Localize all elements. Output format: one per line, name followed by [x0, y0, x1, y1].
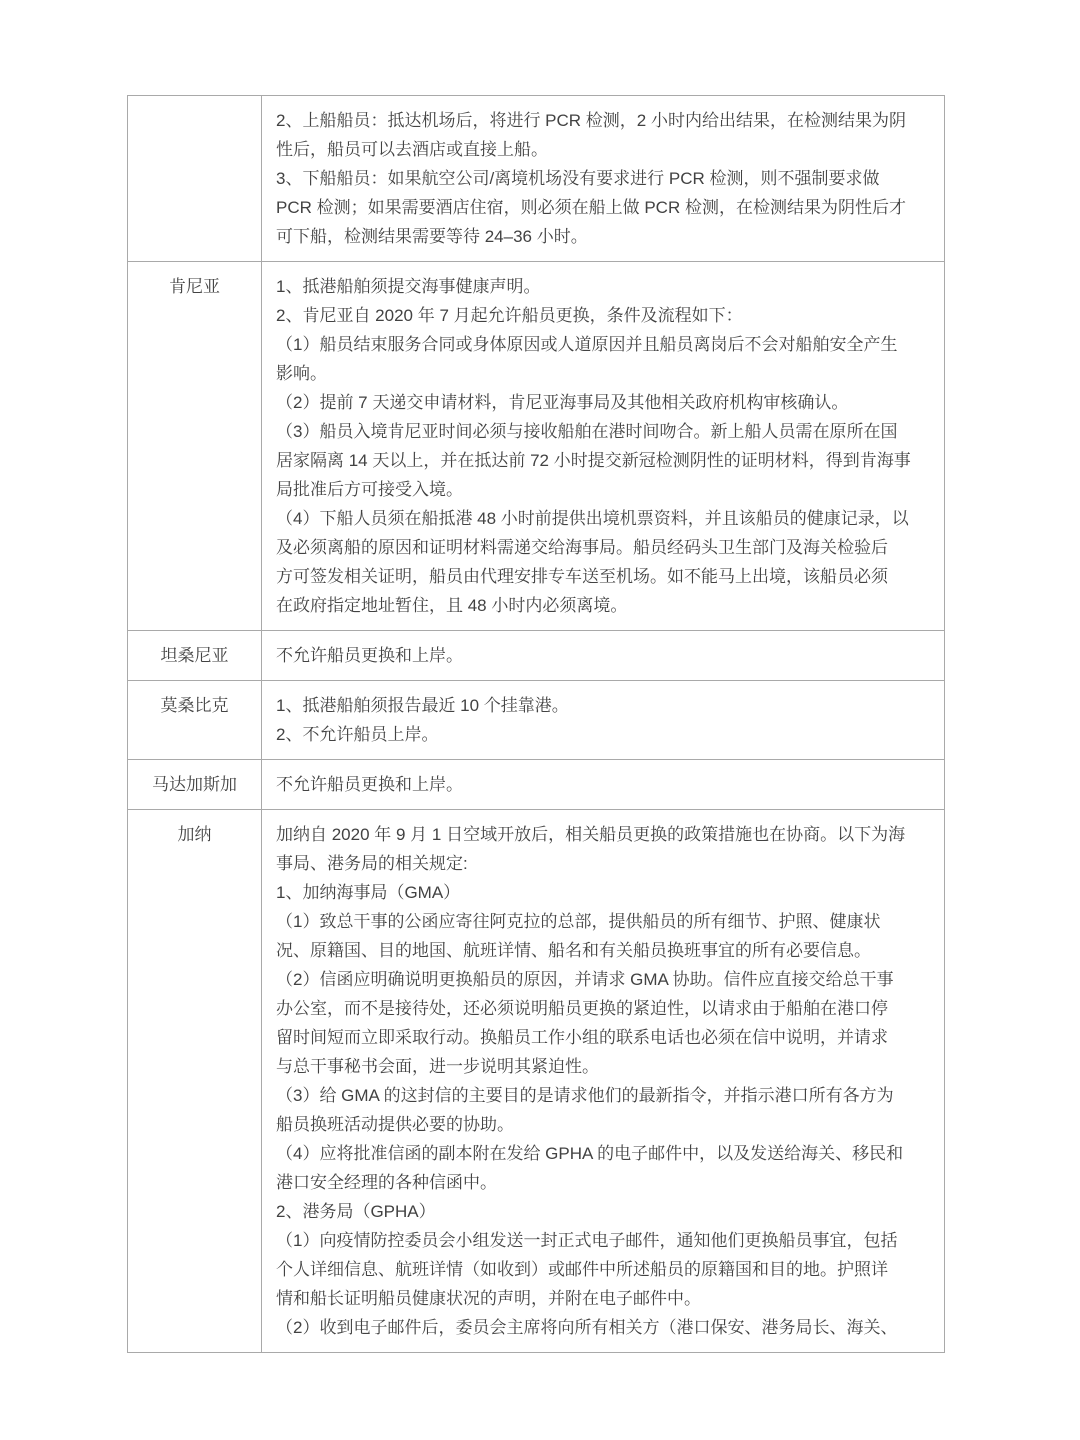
policy-line: 不允许船员更换和上岸。: [276, 641, 934, 670]
policy-line: 况、原籍国、目的地国、航班详情、船名和有关船员换班事宜的所有必要信息。: [276, 936, 934, 965]
policy-table-body: 2、上船船员：抵达机场后，将进行 PCR 检测，2 小时内给出结果，在检测结果为…: [128, 96, 945, 1353]
policy-line: （2）提前 7 天递交申请材料，肯尼亚海事局及其他相关政府机构审核确认。: [276, 388, 934, 417]
policy-line: 情和船长证明船员健康状况的声明，并附在电子邮件中。: [276, 1284, 934, 1313]
country-label: 莫桑比克: [132, 691, 257, 720]
policy-line: 1、加纳海事局（GMA）: [276, 878, 934, 907]
policy-line: 及必须离船的原因和证明材料需递交给海事局。船员经码头卫生部门及海关检验后: [276, 533, 934, 562]
policy-line: 可下船，检测结果需要等待 24–36 小时。: [276, 222, 934, 251]
policy-line: （3）船员入境肯尼亚时间必须与接收船舶在港时间吻合。新上船人员需在原所在国: [276, 417, 934, 446]
policy-line: 1、抵港船舶须提交海事健康声明。: [276, 272, 934, 301]
policy-line: 不允许船员更换和上岸。: [276, 770, 934, 799]
country-cell: [128, 96, 262, 262]
policy-table: 2、上船船员：抵达机场后，将进行 PCR 检测，2 小时内给出结果，在检测结果为…: [127, 95, 945, 1353]
policy-line: 个人详细信息、航班详情（如收到）或邮件中所述船员的原籍国和目的地。护照详: [276, 1255, 934, 1284]
table-row: 加纳加纳自 2020 年 9 月 1 日空域开放后，相关船员更换的政策措施也在协…: [128, 810, 945, 1353]
policy-line: 港口安全经理的各种信函中。: [276, 1168, 934, 1197]
policy-line: 3、下船船员：如果航空公司/离境机场没有要求进行 PCR 检测，则不强制要求做: [276, 164, 934, 193]
country-cell: 坦桑尼亚: [128, 631, 262, 681]
policy-line: 局批准后方可接受入境。: [276, 475, 934, 504]
policy-line: （3）给 GMA 的这封信的主要目的是请求他们的最新指令，并指示港口所有各方为: [276, 1081, 934, 1110]
policy-line: 2、上船船员：抵达机场后，将进行 PCR 检测，2 小时内给出结果，在检测结果为…: [276, 106, 934, 135]
policy-cell: 2、上船船员：抵达机场后，将进行 PCR 检测，2 小时内给出结果，在检测结果为…: [262, 96, 945, 262]
policy-line: 船员换班活动提供必要的协助。: [276, 1110, 934, 1139]
table-row: 马达加斯加不允许船员更换和上岸。: [128, 760, 945, 810]
policy-line: 留时间短而立即采取行动。换船员工作小组的联系电话也必须在信中说明，并请求: [276, 1023, 934, 1052]
policy-line: 与总干事秘书会面，进一步说明其紧迫性。: [276, 1052, 934, 1081]
policy-line: PCR 检测；如果需要酒店住宿，则必须在船上做 PCR 检测，在检测结果为阴性后…: [276, 193, 934, 222]
policy-line: （4）应将批准信函的副本附在发给 GPHA 的电子邮件中，以及发送给海关、移民和: [276, 1139, 934, 1168]
policy-line: （1）向疫情防控委员会小组发送一封正式电子邮件，通知他们更换船员事宜，包括: [276, 1226, 934, 1255]
policy-cell: 不允许船员更换和上岸。: [262, 760, 945, 810]
policy-line: 2、港务局（GPHA）: [276, 1197, 934, 1226]
policy-line: 事局、港务局的相关规定:: [276, 849, 934, 878]
country-cell: 加纳: [128, 810, 262, 1353]
country-label: 马达加斯加: [132, 770, 257, 799]
policy-cell: 1、抵港船舶须提交海事健康声明。2、肯尼亚自 2020 年 7 月起允许船员更换…: [262, 262, 945, 631]
policy-line: （1）船员结束服务合同或身体原因或人道原因并且船员离岗后不会对船舶安全产生: [276, 330, 934, 359]
policy-line: 1、抵港船舶须报告最近 10 个挂靠港。: [276, 691, 934, 720]
policy-line: 办公室，而不是接待处，还必须说明船员更换的紧迫性，以请求由于船舶在港口停: [276, 994, 934, 1023]
policy-line: 2、不允许船员上岸。: [276, 720, 934, 749]
country-cell: 马达加斯加: [128, 760, 262, 810]
country-label: 肯尼亚: [132, 272, 257, 301]
policy-line: 性后，船员可以去酒店或直接上船。: [276, 135, 934, 164]
policy-line: （1）致总干事的公函应寄往阿克拉的总部，提供船员的所有细节、护照、健康状: [276, 907, 934, 936]
policy-line: 在政府指定地址暂住，且 48 小时内必须离境。: [276, 591, 934, 620]
policy-line: 居家隔离 14 天以上，并在抵达前 72 小时提交新冠检测阴性的证明材料，得到肯…: [276, 446, 934, 475]
table-row: 莫桑比克1、抵港船舶须报告最近 10 个挂靠港。2、不允许船员上岸。: [128, 681, 945, 760]
policy-line: （2）信函应明确说明更换船员的原因，并请求 GMA 协助。信件应直接交给总干事: [276, 965, 934, 994]
policy-line: （2）收到电子邮件后，委员会主席将向所有相关方（港口保安、港务局长、海关、: [276, 1313, 934, 1342]
policy-line: 影响。: [276, 359, 934, 388]
policy-line: （4）下船人员须在船抵港 48 小时前提供出境机票资料，并且该船员的健康记录，以: [276, 504, 934, 533]
country-label: 坦桑尼亚: [132, 641, 257, 670]
table-row: 2、上船船员：抵达机场后，将进行 PCR 检测，2 小时内给出结果，在检测结果为…: [128, 96, 945, 262]
policy-line: 2、肯尼亚自 2020 年 7 月起允许船员更换，条件及流程如下：: [276, 301, 934, 330]
policy-line: 方可签发相关证明，船员由代理安排专车送至机场。如不能马上出境，该船员必须: [276, 562, 934, 591]
policy-line: 加纳自 2020 年 9 月 1 日空域开放后，相关船员更换的政策措施也在协商。…: [276, 820, 934, 849]
policy-cell: 加纳自 2020 年 9 月 1 日空域开放后，相关船员更换的政策措施也在协商。…: [262, 810, 945, 1353]
policy-cell: 1、抵港船舶须报告最近 10 个挂靠港。2、不允许船员上岸。: [262, 681, 945, 760]
policy-cell: 不允许船员更换和上岸。: [262, 631, 945, 681]
table-row: 肯尼亚1、抵港船舶须提交海事健康声明。2、肯尼亚自 2020 年 7 月起允许船…: [128, 262, 945, 631]
country-label: 加纳: [132, 820, 257, 849]
country-cell: 肯尼亚: [128, 262, 262, 631]
table-row: 坦桑尼亚不允许船员更换和上岸。: [128, 631, 945, 681]
country-cell: 莫桑比克: [128, 681, 262, 760]
